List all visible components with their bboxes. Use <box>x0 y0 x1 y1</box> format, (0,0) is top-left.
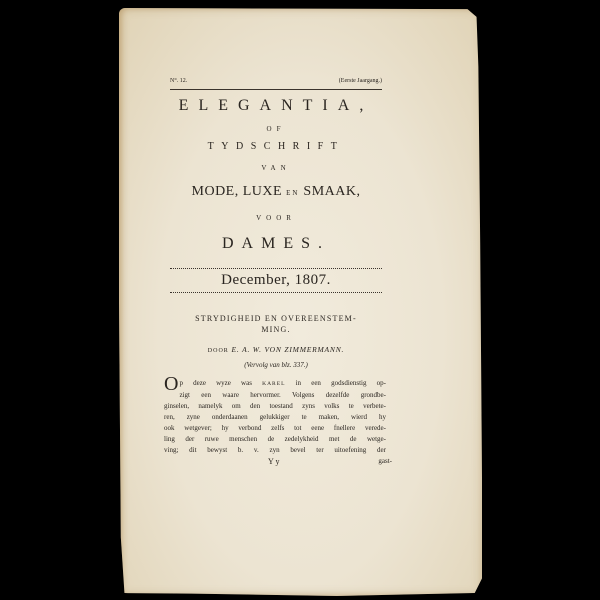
article-title-cont: MING. <box>150 325 402 334</box>
title-of: OF <box>150 125 402 133</box>
body-line: ling der ruwe menschen de zedelykheid me… <box>164 434 386 445</box>
journal-subtitle: TYDSCHRIFT <box>150 141 402 152</box>
issue-number: N°. 12. <box>170 78 187 84</box>
body-line: ren, zyne onderdaanen gelukkiger te make… <box>164 412 386 423</box>
body-line: ook wetgever; hy verbond zelfs tot eene … <box>164 423 386 434</box>
masthead: N°. 12. (Eerste Jaargang.) <box>170 78 382 84</box>
header-rule <box>170 89 382 90</box>
journal-subject: MODE, LUXE EN SMAAK, <box>150 184 402 200</box>
issue-date: December, 1807. <box>150 272 402 289</box>
article-byline: DOOR E. A. W. VON ZIMMERMANN. <box>150 345 402 354</box>
body-line: ving; dit bewyst b. v. zyn bevel ter uit… <box>164 445 386 456</box>
subject-part2: SMAAK, <box>303 184 360 199</box>
volume-label: (Eerste Jaargang.) <box>339 78 382 84</box>
subject-en: EN <box>286 189 299 197</box>
article-title: STRYDIGHEID EN OVEREENSTEM- <box>150 314 402 323</box>
subject-part1: MODE, LUXE <box>192 184 283 199</box>
byline-prefix: DOOR <box>208 348 229 354</box>
title-van: VAN <box>150 164 402 172</box>
continued-note: (Vervolg van blz. 337.) <box>150 361 402 369</box>
body-line: p deze wyze was KAREL in een godsdiensti… <box>164 378 386 390</box>
journal-audience: DAMES. <box>150 235 402 253</box>
article-body: O p deze wyze was KAREL in een godsdiens… <box>164 378 386 456</box>
title-voor: VOOR <box>150 214 402 222</box>
drop-cap: O <box>164 377 178 391</box>
signature-mark: Y y <box>268 457 279 466</box>
body-line: ginselen, namelyk om den toestand zyns v… <box>164 401 386 412</box>
catchword: gast- <box>378 457 392 465</box>
date-rule-top <box>170 268 382 269</box>
body-line: zigt een waare hervormer. Volgens dezelf… <box>164 390 386 401</box>
date-rule-bottom <box>170 292 382 293</box>
journal-title: ELEGANTIA, <box>150 97 402 115</box>
article-author: E. A. W. VON ZIMMERMANN. <box>231 345 344 354</box>
